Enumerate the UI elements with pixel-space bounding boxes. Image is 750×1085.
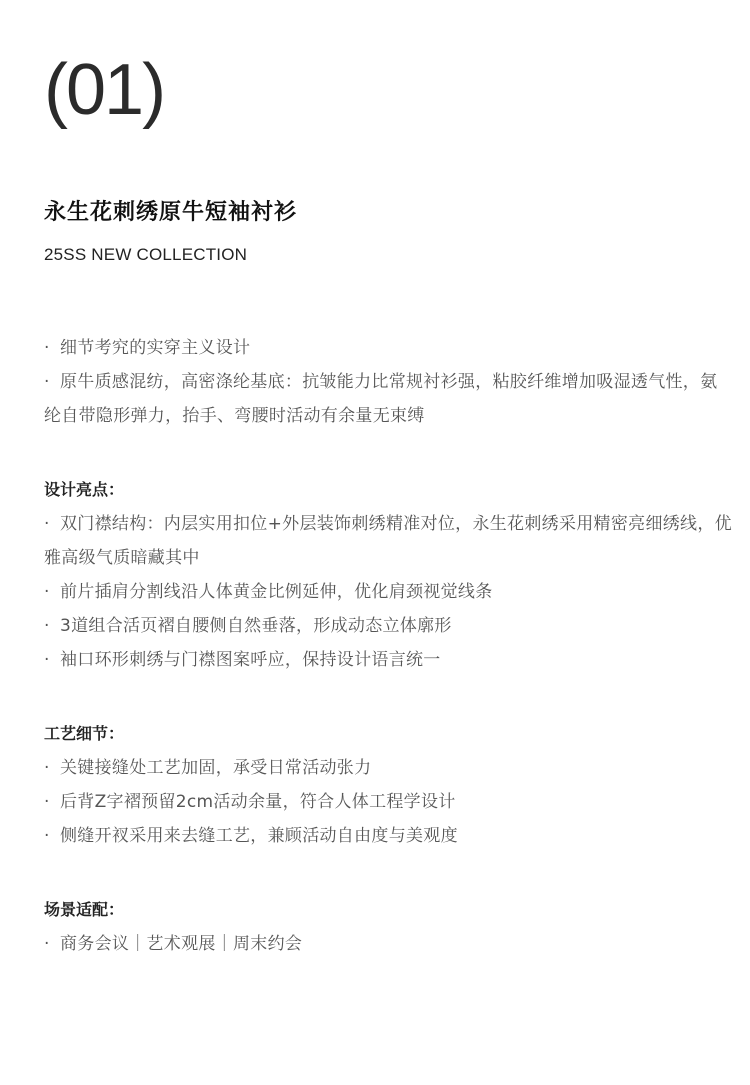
list-item: ·袖口环形刺绣与门襟图案呼应，保持设计语言统一 bbox=[44, 643, 734, 677]
section-heading: 工艺细节： bbox=[44, 717, 734, 751]
section-heading: 设计亮点： bbox=[44, 473, 734, 507]
list-item: ·商务会议｜艺术观展｜周末约会 bbox=[44, 927, 734, 961]
design-highlights-list: ·双门襟结构：内层实用扣位+外层装饰刺绣精准对位，永生花刺绣采用精密亮细绣线，优… bbox=[44, 507, 734, 677]
bullet-icon: · bbox=[44, 575, 60, 609]
bullet-icon: · bbox=[44, 643, 60, 677]
design-highlights-section: 设计亮点： ·双门襟结构：内层实用扣位+外层装饰刺绣精准对位，永生花刺绣采用精密… bbox=[44, 473, 734, 677]
bullet-icon: · bbox=[44, 819, 60, 853]
list-item: ·后背Z字褶预留2cm活动余量，符合人体工程学设计 bbox=[44, 785, 734, 819]
list-item: ·3道组合活页褶自腰侧自然垂落，形成动态立体廓形 bbox=[44, 609, 734, 643]
list-item: ·关键接缝处工艺加固，承受日常活动张力 bbox=[44, 751, 734, 785]
craft-details-list: ·关键接缝处工艺加固，承受日常活动张力 ·后背Z字褶预留2cm活动余量，符合人体… bbox=[44, 751, 734, 853]
section-index-number: (01) bbox=[44, 50, 164, 130]
collection-label: 25SS NEW COLLECTION bbox=[44, 244, 247, 266]
bullet-icon: · bbox=[44, 927, 60, 961]
bullet-icon: · bbox=[44, 785, 60, 819]
bullet-icon: · bbox=[44, 331, 60, 365]
list-item: ·侧缝开衩采用来去缝工艺，兼顾活动自由度与美观度 bbox=[44, 819, 734, 853]
section-heading: 场景适配： bbox=[44, 893, 734, 927]
scenarios-list: ·商务会议｜艺术观展｜周末约会 bbox=[44, 927, 734, 961]
intro-section: ·细节考究的实穿主义设计 ·原牛质感混纺，高密涤纶基底：抗皱能力比常规衬衫强，粘… bbox=[44, 331, 734, 433]
bullet-icon: · bbox=[44, 365, 60, 399]
list-item: ·前片插肩分割线沿人体黄金比例延伸，优化肩颈视觉线条 bbox=[44, 575, 734, 609]
bullet-icon: · bbox=[44, 507, 60, 541]
bullet-icon: · bbox=[44, 751, 60, 785]
scenarios-section: 场景适配： ·商务会议｜艺术观展｜周末约会 bbox=[44, 893, 734, 961]
list-item: ·细节考究的实穿主义设计 bbox=[44, 331, 734, 365]
craft-details-section: 工艺细节： ·关键接缝处工艺加固，承受日常活动张力 ·后背Z字褶预留2cm活动余… bbox=[44, 717, 734, 853]
list-item: ·原牛质感混纺，高密涤纶基底：抗皱能力比常规衬衫强，粘胶纤维增加吸湿透气性，氨纶… bbox=[44, 365, 734, 433]
bullet-icon: · bbox=[44, 609, 60, 643]
intro-list: ·细节考究的实穿主义设计 ·原牛质感混纺，高密涤纶基底：抗皱能力比常规衬衫强，粘… bbox=[44, 331, 734, 433]
product-title: 永生花刺绣原牛短袖衬衫 bbox=[44, 197, 297, 229]
list-item: ·双门襟结构：内层实用扣位+外层装饰刺绣精准对位，永生花刺绣采用精密亮细绣线，优… bbox=[44, 507, 734, 575]
